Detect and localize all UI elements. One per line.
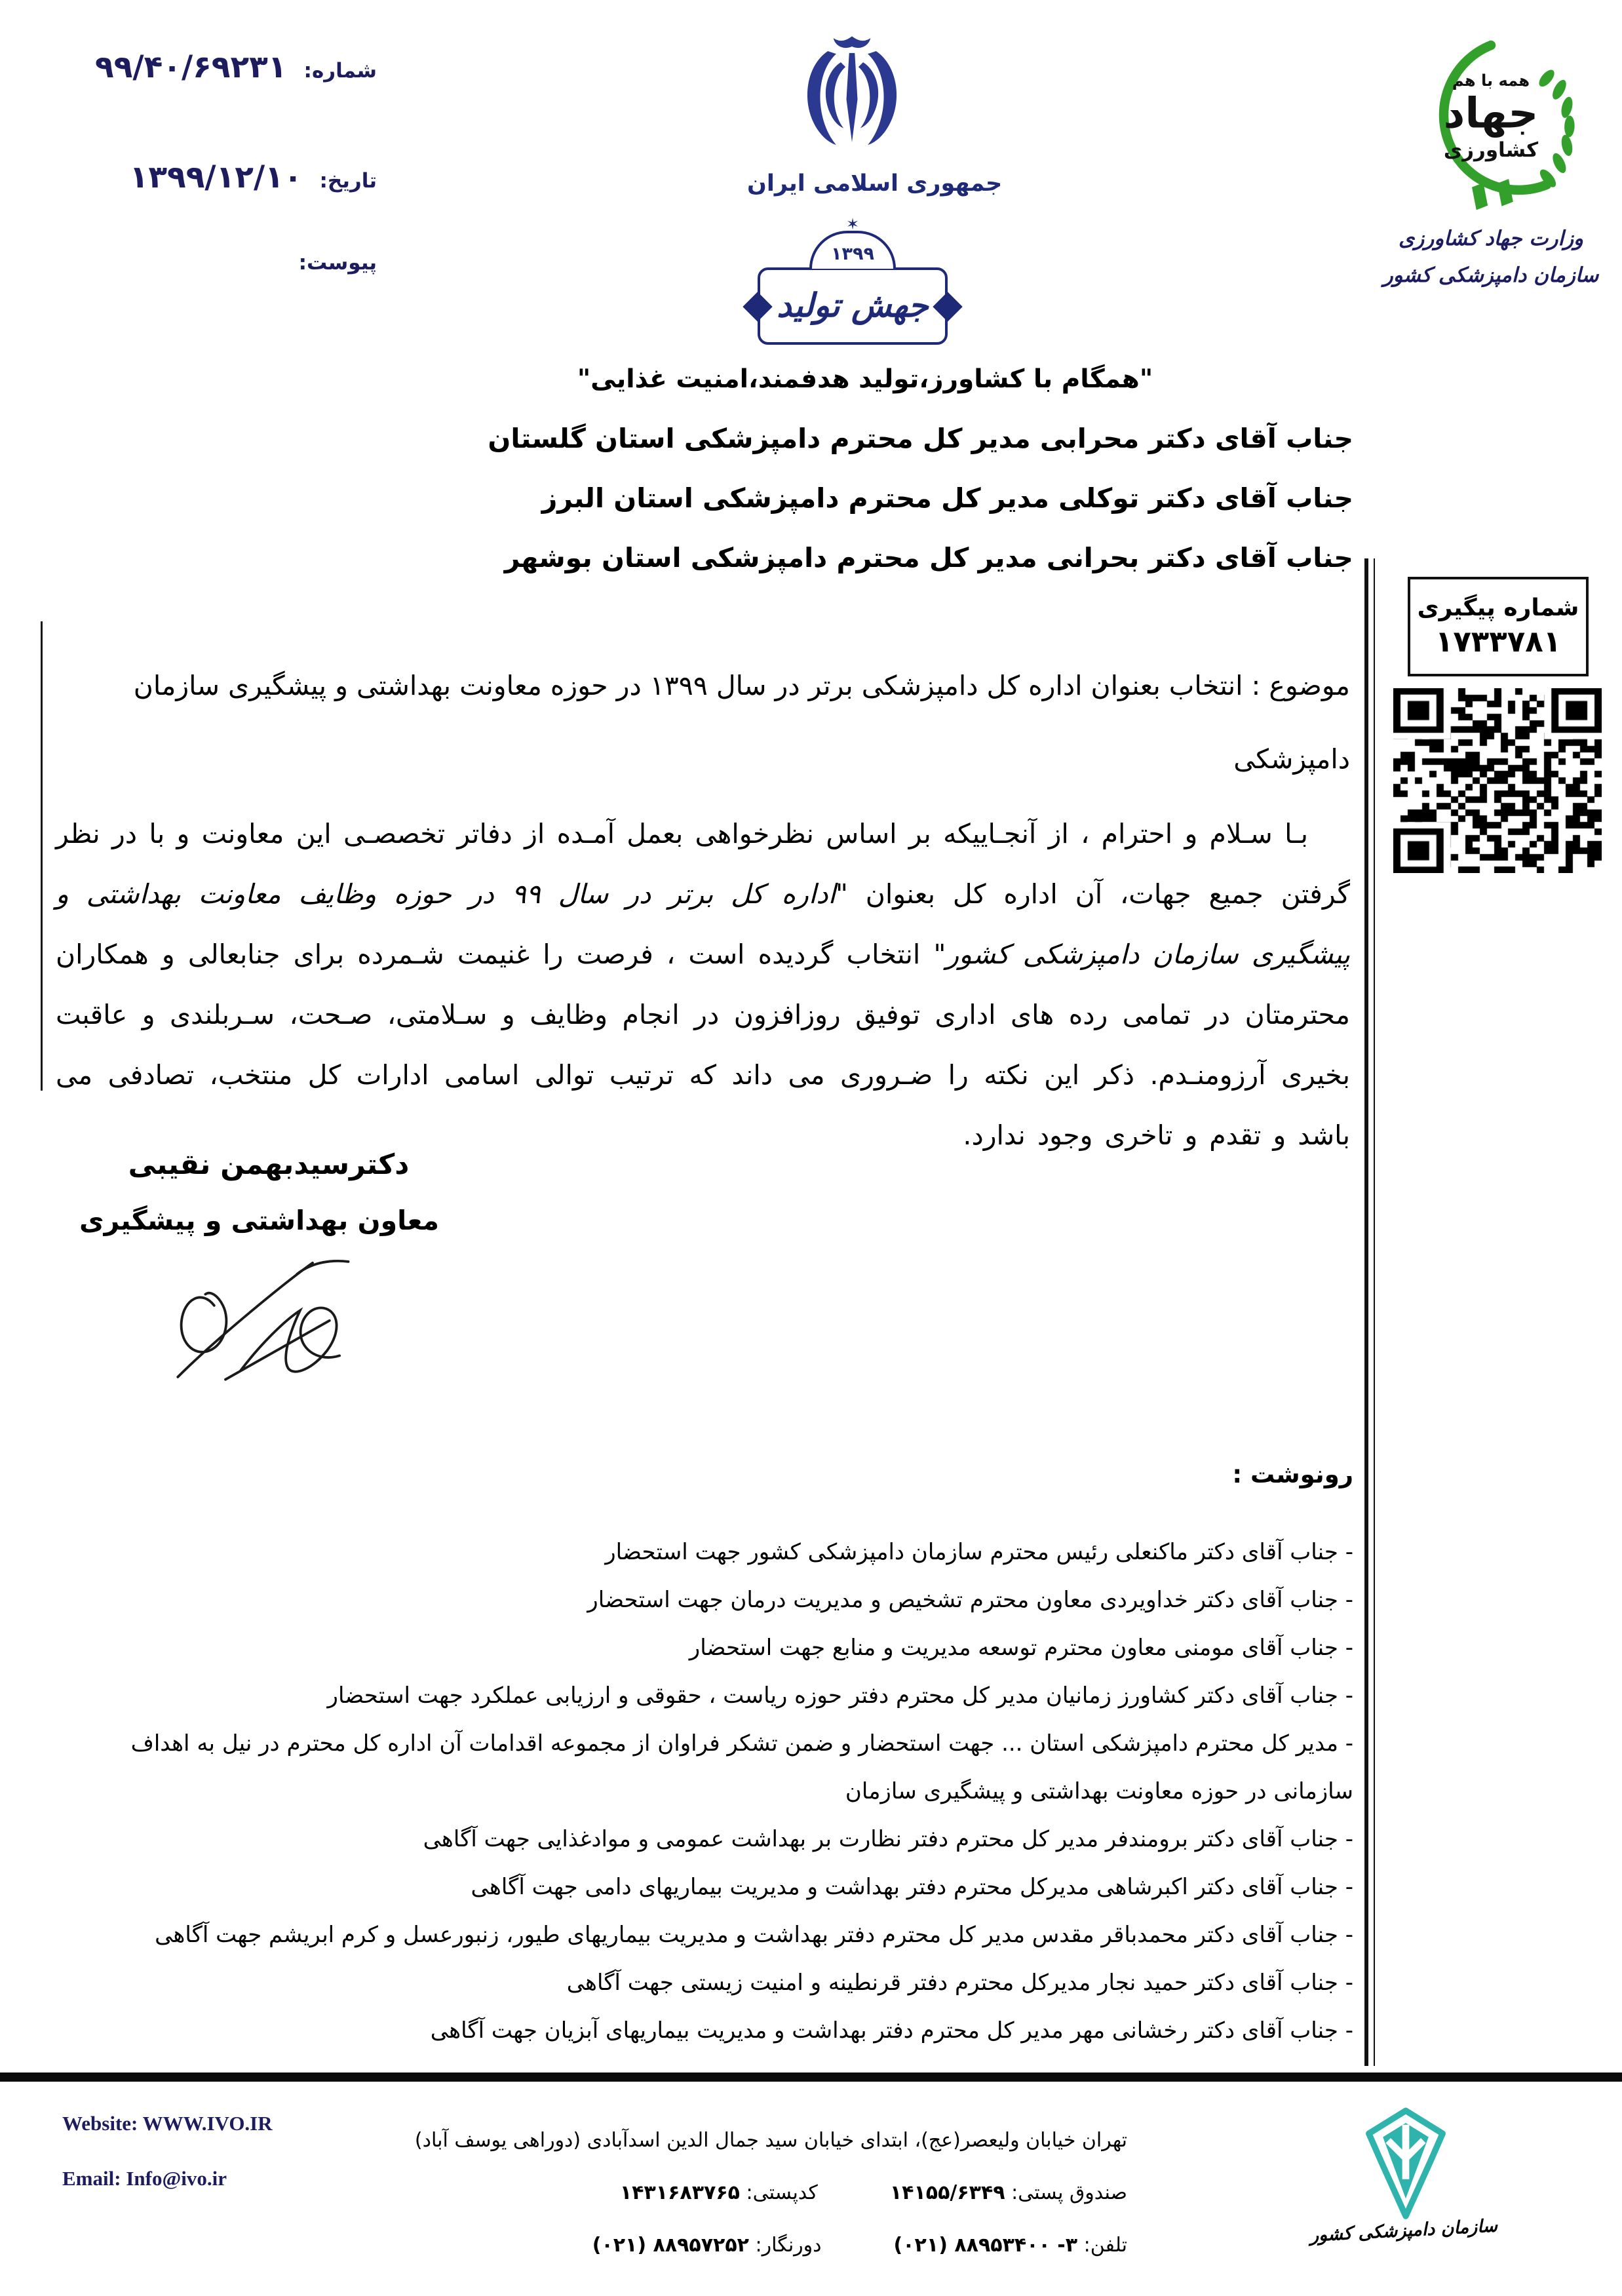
content-right-border xyxy=(1364,558,1368,2066)
handwritten-signature xyxy=(161,1245,377,1390)
phone-value: ۳- ۸۸۹۵۳۴۰۰ (۰۲۱) xyxy=(894,2234,1078,2257)
fax-value: ۸۸۹۵۷۲۵۲ (۰۲۱) xyxy=(592,2234,749,2257)
attachment-label: پیوست: xyxy=(299,251,377,275)
stamp-year: ۱۳۹۹ xyxy=(809,231,896,269)
cc-item: - جناب آقای دکتر برومندفر مدیر کل محترم … xyxy=(56,1816,1353,1863)
subject-line: موضوع : انتخاب بعنوان اداره کل دامپزشکی … xyxy=(56,649,1350,796)
email-label: Email: xyxy=(62,2167,121,2190)
qr-code xyxy=(1393,688,1602,873)
footer-org-name: سازمان دامپزشکی کشور xyxy=(1305,2215,1502,2246)
recipient-line: جناب آقای دکتر محرابی مدیر کل محترم دامپ… xyxy=(56,409,1353,469)
phone: تلفن: ۳- ۸۸۹۵۳۴۰۰ (۰۲۱) xyxy=(894,2219,1127,2272)
fax: دورنگار: ۸۸۹۵۷۲۵۲ (۰۲۱) xyxy=(592,2219,822,2272)
cc-item: - جناب آقای دکتر اکبرشاهی مدیرکل محترم د… xyxy=(56,1863,1353,1911)
cc-list: - جناب آقای دکتر ماکنعلی رئیس محترم سازم… xyxy=(56,1528,1353,2055)
footer-phone-row: تلفن: ۳- ۸۸۹۵۳۴۰۰ (۰۲۱) دورنگار: ۸۸۹۵۷۲۵… xyxy=(367,2219,1127,2272)
iran-emblem-icon xyxy=(796,30,908,161)
date-label: تاریخ: xyxy=(319,169,377,193)
footer-address: تهران خیابان ولیعصر(عج)، ابتدای خیابان س… xyxy=(367,2114,1127,2167)
footer-postal-row: صندوق پستی: ۱۴۱۵۵/۶۳۴۹ کدپستی: ۱۴۳۱۶۸۳۷۶… xyxy=(367,2167,1127,2219)
postal-code: کدپستی: ۱۴۳۱۶۸۳۷۶۵ xyxy=(620,2167,818,2219)
cc-label: رونوشت : xyxy=(56,1460,1353,1489)
website-label: Website: xyxy=(62,2112,138,2135)
cc-item: - جناب آقای دکتر ماکنعلی رئیس محترم سازم… xyxy=(56,1528,1353,1576)
cc-item: - جناب آقای مومنی معاون محترم توسعه مدیر… xyxy=(56,1624,1353,1672)
signature-block: دکترسیدبهمن نقیبی معاون بهداشتی و پیشگیر… xyxy=(98,1148,439,1390)
recipient-line: جناب آقای دکتر توکلی مدیر کل محترم دامپز… xyxy=(56,469,1353,528)
recipient-line: جناب آقای دکتر بحرانی مدیر کل محترم دامپ… xyxy=(56,528,1353,588)
recipients: جناب آقای دکتر محرابی مدیر کل محترم دامپ… xyxy=(56,409,1353,588)
national-emblem-block: جمهوری اسلامی ایران xyxy=(747,30,957,197)
cc-item: - جناب آقای دکتر کشاورز زمانیان مدیر کل … xyxy=(56,1672,1353,1720)
country-name: جمهوری اسلامی ایران xyxy=(747,170,957,197)
letter-slogan: "همگام با کشاورز،تولید هدفمند،امنیت غذای… xyxy=(577,364,1153,394)
stamp-text: جهش تولید xyxy=(777,286,928,324)
ministry-line1: وزارت جهاد کشاورزی xyxy=(1376,220,1606,257)
jahad-keshavarzi-logo: همه با هم جهاد کشاورزی xyxy=(1396,28,1586,218)
email-value: Info@ivo.ir xyxy=(126,2167,227,2190)
date-value: ۱۳۹۹/۱۲/۱۰ xyxy=(130,159,303,195)
ministry-line2: سازمان دامپزشکی کشور xyxy=(1376,257,1606,294)
letter-meta: شماره: ۹۹/۴۰/۶۹۲۳۱ تاریخ: ۱۳۹۹/۱۲/۱۰ پیو… xyxy=(85,49,377,311)
cc-item: - جناب آقای دکتر خداویردی معاون محترم تش… xyxy=(56,1576,1353,1624)
production-leap-stamp: ✶ ۱۳۹۹ جهش تولید xyxy=(758,220,948,349)
cc-item: - جناب آقای دکتر حمید نجار مدیرکل محترم … xyxy=(56,1959,1353,2007)
tracking-number-box: شماره پیگیری ۱۷۳۳۷۸۱ xyxy=(1408,577,1589,676)
postal-value: ۱۴۳۱۶۸۳۷۶۵ xyxy=(620,2181,740,2204)
logo-motto: همه با هم xyxy=(1452,71,1530,90)
signer-title: معاون بهداشتی و پیشگیری xyxy=(98,1205,439,1236)
footer-email: Email: Info@ivo.ir xyxy=(62,2167,227,2190)
content-right-border-thin xyxy=(1374,558,1375,2066)
website-value: WWW.IVO.IR xyxy=(143,2112,273,2135)
phone-label: تلفن: xyxy=(1084,2234,1127,2257)
fax-label: دورنگار: xyxy=(756,2234,822,2257)
number-value: ۹۹/۴۰/۶۹۲۳۱ xyxy=(95,49,287,85)
logo-main-word: جهاد xyxy=(1444,90,1539,138)
tracking-number: ۱۷۳۳۷۸۱ xyxy=(1435,624,1561,659)
letter-attachment-row: پیوست: xyxy=(299,251,377,275)
postal-label: کدپستی: xyxy=(746,2181,818,2204)
ministry-block: همه با هم جهاد کشاورزی وزارت جهاد کشاورز… xyxy=(1376,28,1606,294)
pobox-value: ۱۴۱۵۵/۶۳۴۹ xyxy=(890,2181,1005,2204)
ivo-shield-logo xyxy=(1362,2107,1450,2222)
cc-item: - جناب آقای دکتر محمدباقر مقدس مدیر کل م… xyxy=(56,1911,1353,1959)
body-left-border xyxy=(41,621,43,1091)
logo-sub-word: کشاورزی xyxy=(1444,138,1538,162)
stamp-box: جهش تولید xyxy=(758,267,948,345)
footer-website: Website: WWW.IVO.IR xyxy=(62,2112,273,2135)
footer-divider xyxy=(0,2072,1622,2082)
signer-name: دکترسیدبهمن نقیبی xyxy=(98,1148,439,1181)
letter-body: بـا سـلام و احترام ، از آنجـاییکه بر اسا… xyxy=(56,804,1350,1165)
letter-date-row: تاریخ: ۱۳۹۹/۱۲/۱۰ xyxy=(130,159,377,195)
body-outro: انتخاب گردیده است ، فرصت را غنیمت شـمرده… xyxy=(56,939,1350,1151)
footer-address-block: تهران خیابان ولیعصر(عج)، ابتدای خیابان س… xyxy=(367,2114,1127,2272)
pobox: صندوق پستی: ۱۴۱۵۵/۶۳۴۹ xyxy=(890,2167,1127,2219)
cc-item: - مدیر کل محترم دامپزشکی استان ... جهت ا… xyxy=(56,1720,1353,1816)
letter-number-row: شماره: ۹۹/۴۰/۶۹۲۳۱ xyxy=(95,49,377,85)
official-letter: { "colors":{"navy":"#1c1c5e","emblem_blu… xyxy=(0,0,1622,2296)
cc-item: - جناب آقای دکتر رخشانی مهر مدیر کل محتر… xyxy=(56,2007,1353,2055)
number-label: شماره: xyxy=(304,59,377,83)
pobox-label: صندوق پستی: xyxy=(1011,2181,1127,2204)
tracking-label: شماره پیگیری xyxy=(1418,594,1579,621)
